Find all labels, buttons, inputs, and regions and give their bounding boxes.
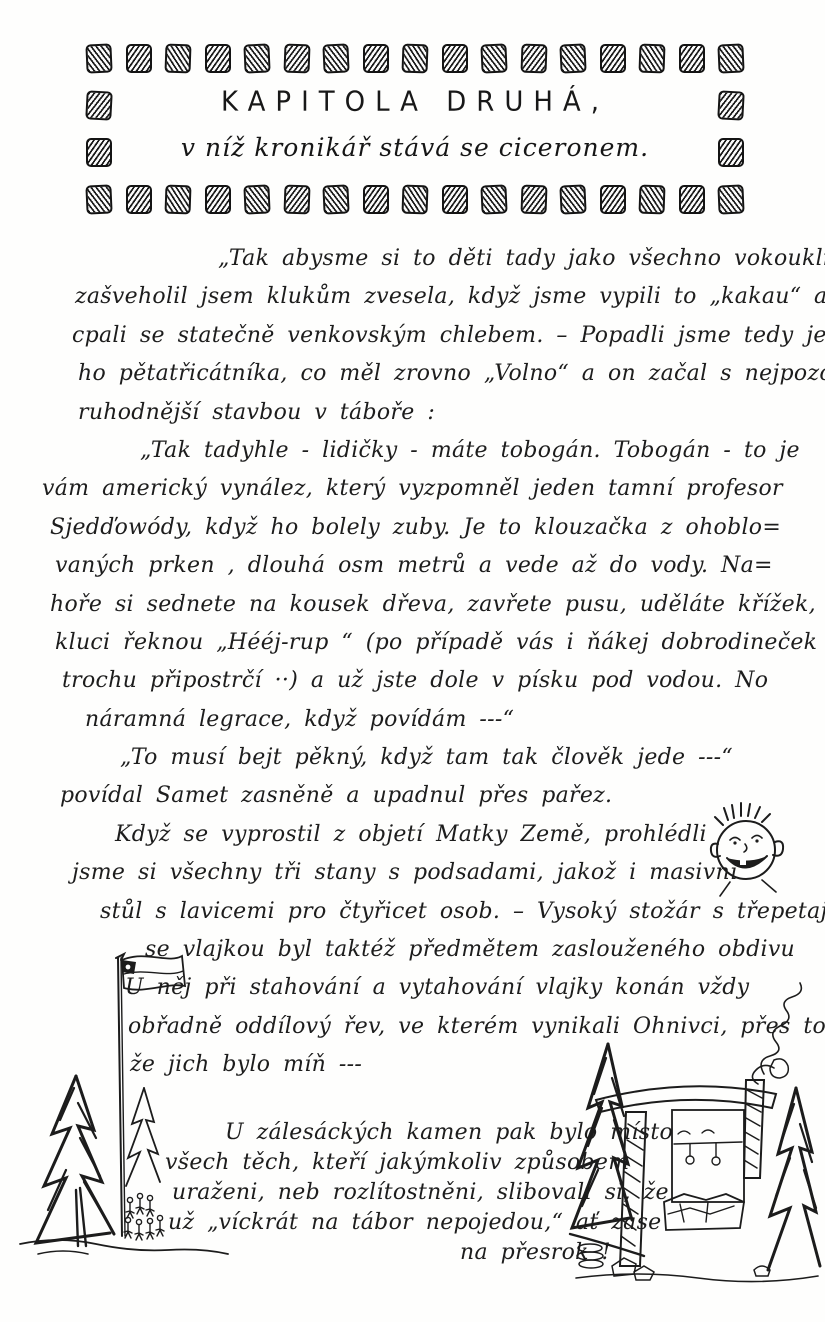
ornament-border: KAPITOLA DRUHÁ, v níž kronikář stává se … <box>86 44 744 214</box>
text-line: náramná legrace, když povídám ---“ <box>85 707 808 745</box>
chapter-title: KAPITOLA DRUHÁ, <box>112 86 718 118</box>
ornament-square <box>718 138 744 167</box>
ornament-square <box>559 184 586 214</box>
ornament-border-right <box>718 73 744 185</box>
text-line: hoře si sednete na kousek dřeva, zavřete… <box>50 592 808 630</box>
text-line: „Tak abysme si to děti tady jako všechno… <box>218 246 808 284</box>
ornament-square <box>243 43 270 73</box>
ornament-square <box>85 43 112 73</box>
ornament-square <box>243 184 270 214</box>
ornament-square <box>283 44 310 74</box>
ornament-square <box>363 44 389 73</box>
flagpole-drawing <box>18 938 263 1283</box>
ornament-square <box>639 185 666 215</box>
text-line: „Tak tadyhle - lidičky - máte tobogán. T… <box>140 438 808 476</box>
ornament-square <box>442 44 468 73</box>
ornament-square <box>600 44 626 73</box>
text-line: Sjedďowódy, když ho bolely zuby. Je to k… <box>50 515 808 553</box>
ornament-square <box>480 184 507 214</box>
grinning-boy-face-drawing <box>696 788 798 900</box>
text-line: ho pětatřicátníka, co měl zrovno „Volno“… <box>78 361 808 399</box>
ornament-border-bottom <box>86 185 744 214</box>
ornament-square <box>85 184 112 214</box>
text-line: trochu připostrčí ··) a už jste dole v p… <box>62 668 808 706</box>
chapter-subtitle: v níž kronikář stává se ciceronem. <box>112 133 718 162</box>
ornament-border-top <box>86 44 744 73</box>
ornament-square <box>322 43 349 73</box>
ornament-square <box>85 90 112 120</box>
chronicle-page: KAPITOLA DRUHÁ, v níž kronikář stává se … <box>0 0 825 1322</box>
ornament-square <box>126 185 152 214</box>
ornament-square <box>717 43 744 73</box>
ornament-square <box>520 44 547 74</box>
ornament-square <box>402 185 429 215</box>
ornament-border-left <box>86 73 112 185</box>
ornament-square <box>165 44 192 74</box>
ornament-square <box>363 185 389 214</box>
ornament-square <box>205 185 231 214</box>
text-line: vaných prken , dlouhá osm metrů a vede a… <box>55 553 808 591</box>
text-line: kluci řeknou „Hééj-rup “ (po případě vás… <box>55 630 808 668</box>
text-line: stůl s lavicemi pro čtyřicet osob. – Vys… <box>100 899 808 937</box>
ornament-square <box>205 44 231 73</box>
ornament-square <box>402 44 429 74</box>
ornament-square <box>126 44 152 73</box>
ornament-square <box>679 185 705 214</box>
text-line: vám americký vynález, který vyzpomněl je… <box>42 476 808 514</box>
chapter-heading: KAPITOLA DRUHÁ, v níž kronikář stává se … <box>112 73 718 185</box>
ornament-square <box>717 184 744 214</box>
ornament-square <box>86 138 112 167</box>
text-line: „To musí bejt pěkný, když tam tak člověk… <box>120 745 808 783</box>
ornament-square <box>600 185 626 214</box>
ornament-square <box>480 43 507 73</box>
text-line: ruhodnější stavbou v táboře : <box>78 400 808 438</box>
ornament-square <box>442 185 468 214</box>
text-line: cpali se statečně venkovským chlebem. – … <box>72 323 808 361</box>
text-line: zašveholil jsem klukům zvesela, když jsm… <box>75 284 808 322</box>
ornament-square <box>520 185 547 215</box>
ornament-square <box>283 185 310 215</box>
ornament-square <box>639 44 666 74</box>
camp-kitchen-drawing <box>568 948 825 1293</box>
ornament-square <box>717 90 744 120</box>
ornament-square <box>165 185 192 215</box>
ornament-square <box>679 44 705 73</box>
ornament-square <box>559 43 586 73</box>
ornament-square <box>322 184 349 214</box>
